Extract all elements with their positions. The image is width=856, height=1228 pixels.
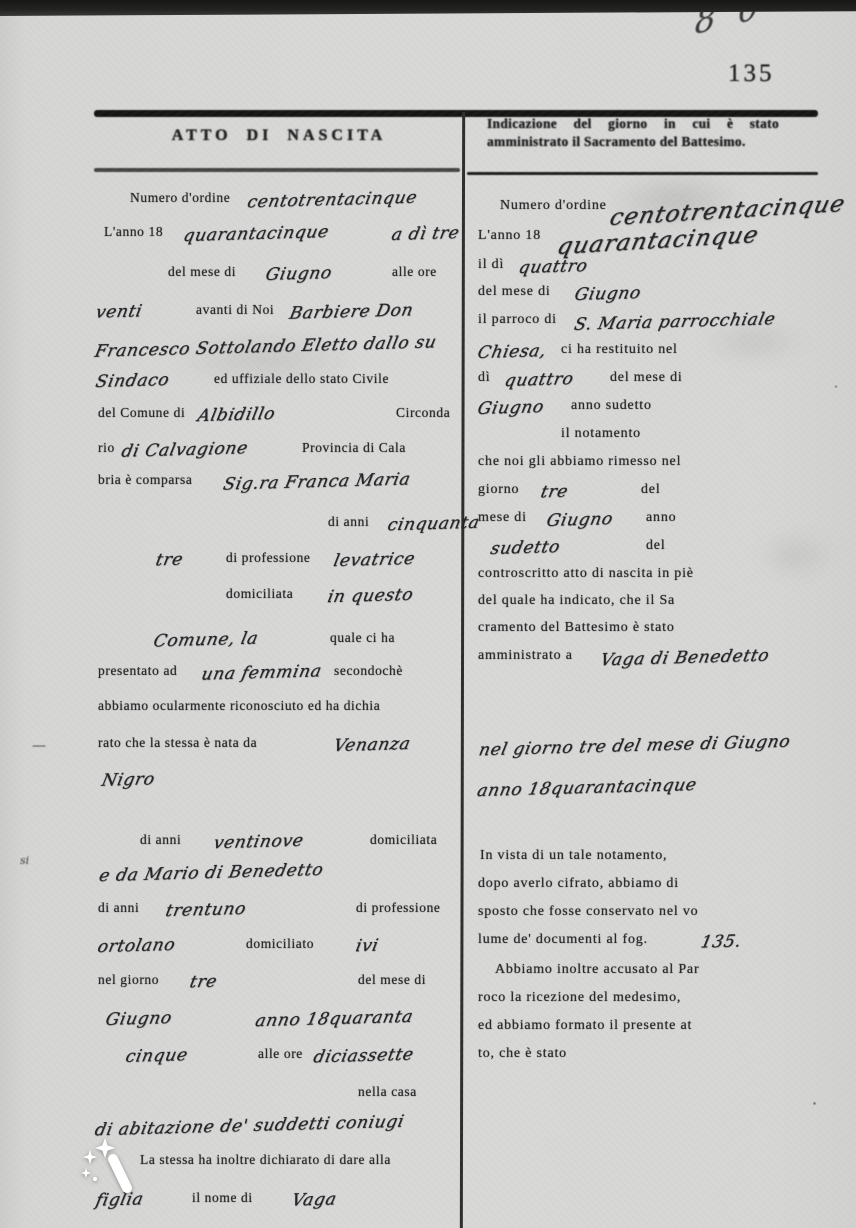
printed-text: nella casa	[358, 1084, 417, 1100]
document-line: nella casa	[96, 1084, 462, 1110]
margin-mark: ·	[812, 1094, 817, 1113]
document-line: del Comune diAlbidilloCirconda	[96, 405, 462, 431]
printed-text: abbiamo ocularmente riconosciuto ed ha d…	[98, 698, 380, 714]
printed-text: controscritto atto di nascita in piè	[478, 566, 694, 582]
printed-text: In vista di un tale notamento,	[480, 848, 667, 864]
printed-text: domiciliato	[246, 936, 314, 952]
printed-text: del mese di	[168, 264, 236, 280]
handwritten-text: levatrice	[332, 549, 417, 571]
scanned-document-page: 8 0 135 ATTO DI NASCITA Indicazione del …	[0, 0, 856, 1228]
document-line: to, che è stato	[467, 1046, 827, 1072]
document-line: mese diGiugnoanno	[467, 510, 827, 536]
document-line: L'anno 18quarantacinquea dì tre	[96, 224, 462, 250]
printed-text: La stessa ha inoltre dichiarato di dare …	[140, 1152, 391, 1168]
handwritten-text: tre	[154, 550, 185, 571]
document-line: dopo averlo cifrato, abbiamo di	[467, 876, 827, 902]
document-line: abbiamo ocularmente riconosciuto ed ha d…	[96, 698, 462, 724]
handwritten-text: anno 18quarantacinque	[475, 775, 698, 801]
printed-text: sposto che fosse conservato nel vo	[478, 904, 698, 920]
printed-text: L'anno 18	[104, 224, 163, 240]
document-line: dìquattrodel mese di	[467, 370, 827, 396]
printed-text: di professione	[356, 900, 441, 916]
handwritten-text: Venanza	[332, 734, 413, 756]
handwritten-text: Giugno	[573, 283, 643, 305]
handwritten-text: anno 18quaranta	[253, 1007, 414, 1031]
document-line: di annitrentunodi professione	[96, 900, 462, 926]
printed-text: di anni	[328, 514, 369, 530]
handwritten-text: ivi	[354, 936, 380, 957]
handwritten-text: una femmina	[200, 661, 324, 684]
document-line: Abbiamo inoltre accusato al Par	[467, 962, 827, 988]
printed-text: rato che la stessa è nata da	[98, 735, 257, 751]
document-line: di annicinquanta	[96, 514, 462, 540]
handwritten-text: tre	[188, 972, 219, 993]
printed-text: del	[641, 482, 661, 498]
handwritten-text: in questo	[326, 585, 415, 607]
handwritten-text: diciassette	[312, 1045, 416, 1068]
handwritten-text: Giugno	[476, 397, 546, 419]
printed-text: dopo averlo cifrato, abbiamo di	[478, 876, 679, 892]
sparkle-star-icon	[83, 1150, 97, 1164]
handwritten-text: 135.	[699, 931, 744, 952]
document-line: ortolanodomiciliatoivi	[96, 936, 462, 962]
atto-di-nascita-column: Numero d'ordinecentotrentacinqueL'anno 1…	[96, 0, 462, 1228]
document-line: In vista di un tale notamento,	[467, 848, 827, 874]
handwritten-text: Giugno	[264, 263, 334, 285]
document-line: cinquealle orediciassette	[96, 1046, 462, 1072]
handwritten-text: nel giorno tre del mese di Giugno	[477, 732, 792, 761]
handwritten-text: Sindaco	[94, 370, 172, 392]
printed-text: nel giorno	[98, 972, 159, 988]
document-line: sudettodel	[467, 538, 827, 564]
handwritten-text: Giugno	[545, 509, 615, 531]
document-line: e da Mario di Benedetto	[96, 863, 462, 889]
handwritten-text: venti	[94, 301, 144, 322]
printed-text: amministrato a	[478, 648, 573, 664]
handwritten-text: Barbiere Don	[288, 300, 416, 323]
handwritten-text: Vaga di Benedetto	[598, 646, 771, 671]
margin-mark: si	[20, 854, 29, 867]
handwritten-text: Comune, la	[152, 629, 260, 652]
handwritten-text: cinque	[124, 1045, 190, 1067]
printed-text: anno	[646, 510, 676, 526]
document-line: Numero d'ordinecentotrentacinque	[96, 190, 462, 216]
handwritten-text: e da Mario di Benedetto	[97, 860, 325, 886]
handwritten-text: quattro	[517, 256, 590, 278]
handwritten-text: centotrentacinque	[245, 188, 419, 213]
document-line: presentato aduna femminasecondochè	[96, 663, 462, 689]
printed-text: ci ha restituito nel	[561, 342, 678, 358]
printed-text: cramento del Battesimo è stato	[478, 620, 675, 636]
printed-text: del mese di	[358, 972, 426, 988]
handwritten-text: trentuno	[164, 899, 248, 921]
sparkle-dot-icon	[93, 1177, 97, 1181]
printed-text: ed uffiziale dello stato Civile	[214, 371, 389, 387]
printed-text: ed abbiamo formato il presente at	[478, 1018, 692, 1034]
document-line: tredi professionelevatrice	[96, 550, 462, 576]
handwritten-text: Vaga	[290, 1189, 339, 1210]
printed-text: secondochè	[334, 663, 403, 679]
document-line: nel giornotredel mese di	[96, 972, 462, 998]
document-line: Chiesa,ci ha restituito nel	[467, 342, 827, 368]
handwritten-text: Giugno	[104, 1008, 174, 1030]
printed-text: Abbiamo inoltre accusato al Par	[495, 962, 699, 978]
printed-text: roco la ricezione del medesimo,	[478, 990, 681, 1006]
handwritten-text: a dì tre	[390, 223, 462, 245]
printed-text: del mese di	[610, 370, 683, 386]
document-line: figliail nome diVaga	[96, 1190, 462, 1216]
printed-text: alle ore	[258, 1046, 303, 1062]
document-line: cramento del Battesimo è stato	[467, 620, 827, 646]
document-line: Francesco Sottolando Eletto dallo su	[96, 337, 462, 363]
printed-text: di anni	[98, 900, 139, 916]
handwritten-text: quattro	[503, 369, 576, 391]
printed-text: lume de' documenti al fog.	[478, 932, 648, 948]
document-line: ed abbiamo formato il presente at	[467, 1018, 827, 1044]
handwritten-text: di Calvagione	[120, 438, 250, 461]
document-line: controscritto atto di nascita in piè	[467, 566, 827, 592]
printed-text: L'anno 18	[478, 228, 541, 244]
printed-text: domiciliata	[370, 832, 437, 848]
printed-text: Numero d'ordine	[500, 198, 607, 214]
document-line: Giugnoanno 18quaranta	[96, 1009, 462, 1035]
handwritten-text: Nigro	[100, 769, 157, 790]
document-line: il notamento	[467, 426, 827, 452]
document-line: riodi CalvagioneProvincia di Cala	[96, 440, 462, 466]
printed-text: avanti di Noi	[196, 302, 274, 318]
document-line: sposto che fosse conservato nel vo	[467, 904, 827, 930]
document-line: L'anno 18quarantacinque	[467, 228, 827, 254]
printed-text: del Comune di	[98, 405, 185, 421]
printed-text: Provincia di Cala	[302, 440, 406, 456]
document-line: Sindacoed uffiziale dello stato Civile	[96, 371, 462, 397]
handwritten-text: ortolano	[96, 935, 178, 957]
printed-text: che noi gli abbiamo rimesso nel	[478, 454, 681, 470]
printed-text: mese di	[478, 510, 527, 526]
printed-text: alle ore	[392, 264, 437, 280]
printed-text: domiciliata	[226, 586, 293, 602]
printed-text: anno sudetto	[571, 398, 652, 414]
handwritten-text: tre	[539, 482, 570, 503]
printed-text: Numero d'ordine	[130, 190, 230, 206]
sparkle-star-icon	[81, 1168, 91, 1178]
document-line: domiciliatain questo	[96, 586, 462, 612]
document-line: Nigro	[96, 770, 462, 796]
printed-text: di anni	[140, 832, 181, 848]
printed-text: giorno	[478, 482, 519, 498]
printed-text: quale ci ha	[330, 630, 395, 646]
document-line: bria è comparsaSig.ra Franca Maria	[96, 472, 462, 498]
document-line: rato che la stessa è nata daVenanza	[96, 735, 462, 761]
handwritten-text: S. Maria parrocchiale	[572, 309, 777, 335]
printed-text: il dì	[478, 257, 504, 273]
magic-wand-icon[interactable]	[80, 1132, 142, 1198]
margin-mark: —	[32, 738, 46, 754]
printed-text: Circonda	[396, 405, 450, 421]
document-line: anno 18quarantacinque	[467, 778, 827, 804]
document-line: nel giorno tre del mese di Giugno	[467, 736, 827, 762]
handwritten-text: Sig.ra Franca Maria	[221, 469, 412, 494]
printed-text: bria è comparsa	[98, 472, 192, 488]
document-line: roco la ricezione del medesimo,	[467, 990, 827, 1016]
document-line: Giugnoanno sudetto	[467, 398, 827, 424]
document-line: il parroco diS. Maria parrocchiale	[467, 312, 827, 338]
printed-text: il notamento	[561, 426, 641, 442]
printed-text: il nome di	[192, 1190, 253, 1206]
document-line: amministrato aVaga di Benedetto	[467, 648, 827, 674]
document-line: il dìquattro	[467, 257, 827, 283]
document-line: Comune, laquale ci ha	[96, 630, 462, 656]
document-line: La stessa ha inoltre dichiarato di dare …	[96, 1152, 462, 1178]
printed-text: del quale ha indicato, che il Sa	[478, 593, 675, 609]
document-line: del mese diGiugno	[467, 284, 827, 310]
document-line: di abitazione de' suddetti coniugi	[96, 1116, 462, 1142]
printed-text: di professione	[226, 550, 311, 566]
margin-mark: ·	[834, 380, 838, 395]
document-line: Numero d'ordinecentotrentacinque	[467, 198, 827, 224]
printed-text: il parroco di	[478, 312, 557, 328]
document-line: di anniventinovedomiciliata	[96, 832, 462, 858]
handwritten-text: quarantacinque	[555, 222, 762, 260]
handwritten-text: quarantacinque	[182, 222, 331, 246]
handwritten-text: Chiesa,	[476, 341, 548, 363]
document-line: lume de' documenti al fog.135.	[467, 932, 827, 958]
printed-text: del	[646, 538, 666, 554]
document-line: che noi gli abbiamo rimesso nel	[467, 454, 827, 480]
printed-text: dì	[478, 370, 491, 386]
document-line: ventiavanti di NoiBarbiere Don	[96, 302, 462, 328]
document-line: giornotredel	[467, 482, 827, 508]
document-line: del quale ha indicato, che il Sa	[467, 593, 827, 619]
battesimo-column: Numero d'ordinecentotrentacinqueL'anno 1…	[467, 0, 827, 1228]
document-line: del mese diGiugnoalle ore	[96, 264, 462, 290]
handwritten-text: Albidillo	[196, 404, 277, 426]
printed-text: del mese di	[478, 284, 551, 300]
handwritten-text: ventinove	[212, 831, 306, 853]
handwritten-text: Francesco Sottolando Eletto dallo su	[93, 332, 438, 361]
handwritten-text: sudetto	[489, 537, 562, 559]
printed-text: presentato ad	[98, 663, 177, 679]
printed-text: rio	[98, 440, 115, 456]
printed-text: to, che è stato	[478, 1046, 567, 1062]
